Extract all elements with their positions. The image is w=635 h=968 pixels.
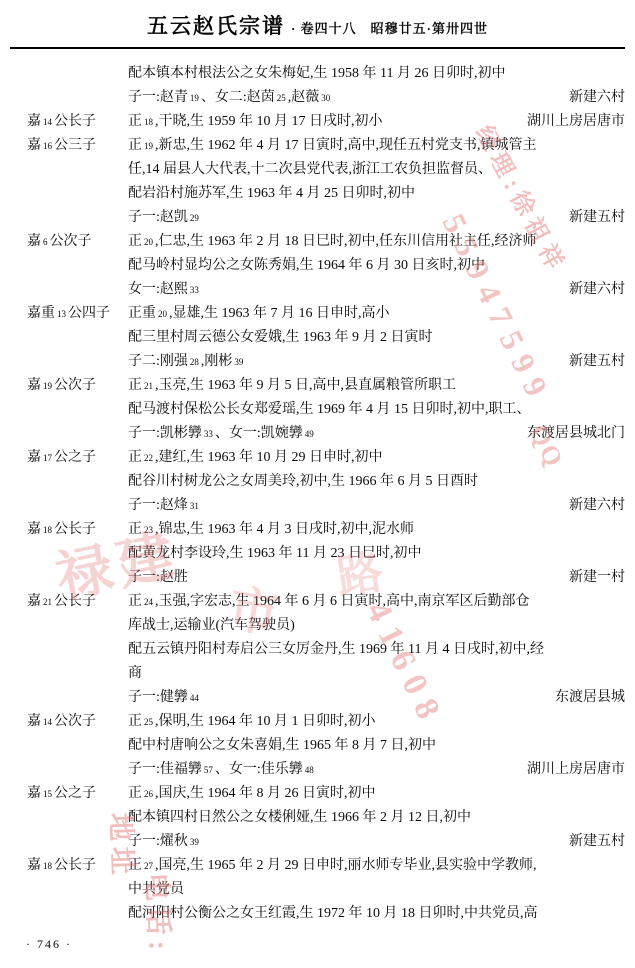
genealogy-entry: 嘉15公之子正26,国庆,生 1964 年 8 月 26 日寅时,初中配本镇四村… [0,782,635,854]
text-segment: 、女一:凯婉㝈 [215,426,303,441]
text-segment: 配黄龙村李设玲,生 1963 年 11 月 23 日巳时,初中 [128,546,421,561]
residence-label: 东渡居县城北门 [527,422,625,446]
entry-text: 女一:赵熙33 [128,278,201,302]
text-segment: ,干晓,生 1959 年 10 月 17 日戌时,初小 [155,114,383,129]
entry-line: 正24,玉强,字宏志,生 1964 年 6 月 6 日寅时,高中,南京军区后勤部… [128,590,625,614]
genealogy-entry: 嘉14公长子正18,干晓,生 1959 年 10 月 17 日戌时,初小湖川上房… [0,110,635,134]
entry-line: 配马渡村保松公长女郑爱瑶,生 1969 年 4 月 15 日卯时,初中,职工、 [128,398,625,422]
ref-number: 22 [144,453,153,463]
text-segment: ,国庆,生 1964 年 8 月 26 日寅时,初中 [155,786,376,801]
entry-label: 嘉18公长子 [0,854,128,926]
entry-lines: 正25,保明,生 1964 年 10 月 1 日卯时,初小配中村唐响公之女朱喜娟… [128,710,635,782]
entry-text: 正重20,显雄,生 1963 年 7 月 16 日申时,高小 [128,302,390,326]
ref-number: 25 [144,717,153,727]
entry-line: 正20,仁忠,生 1963 年 2 月 18 日巳时,初中,任东川信用社主任,经… [128,230,625,254]
entry-line: 正22,建红,生 1963 年 10 月 29 日申时,初中 [128,446,625,470]
entry-text: 配本镇本村根法公之女朱梅妃,生 1958 年 11 月 26 日卯时,初中 [128,62,505,86]
ref-number: 14 [43,717,52,727]
text-segment: 正 [128,858,142,873]
text-segment: 库战士,运输业(汽车驾驶员) [128,618,295,633]
ref-number: 28 [190,357,199,367]
text-segment: 嘉重 [27,306,55,321]
entry-text: 正26,国庆,生 1964 年 8 月 26 日寅时,初中 [128,782,376,806]
entry-line: 子一:健㝈44东渡居县城 [128,686,625,710]
entry-line: 配本镇本村根法公之女朱梅妃,生 1958 年 11 月 26 日卯时,初中 [128,62,625,86]
entry-lines: 正22,建红,生 1963 年 10 月 29 日申时,初中配谷川村树龙公之女周… [128,446,635,518]
text-segment: 嘉 [27,714,41,729]
residence-label: 新建五村 [569,206,625,230]
genealogy-entry: 嘉18公长子正27,国亮,生 1965 年 2 月 29 日申时,丽水师专毕业,… [0,854,635,926]
entry-line: 正25,保明,生 1964 年 10 月 1 日卯时,初小 [128,710,625,734]
entry-line: 子二:刚强28,刚彬39新建五村 [128,350,625,374]
ref-number: 17 [43,453,52,463]
text-segment: 公次子 [54,714,96,729]
entry-label: 嘉14公长子 [0,110,128,134]
genealogy-entry: 嘉16公三子正19,新忠,生 1962 年 4 月 17 日寅时,高中,现任五村… [0,134,635,230]
entry-line: 商 [128,662,625,686]
entry-text: 任,14 届县人大代表,十二次县党代表,浙江工农负担监督员、 [128,158,492,182]
entry-text: 库战士,运输业(汽车驾驶员) [128,614,295,638]
entry-line: 库战士,运输业(汽车驾驶员) [128,614,625,638]
entry-lines: 正18,干晓,生 1959 年 10 月 17 日戌时,初小湖川上房居唐市 [128,110,635,134]
entry-line: 正19,新忠,生 1962 年 4 月 17 日寅时,高中,现任五村党支书,镇城… [128,134,625,158]
text-segment: ,赵薇 [288,90,320,105]
entry-text: 配中村唐响公之女朱喜娟,生 1965 年 8 月 7 日,初中 [128,734,436,758]
entry-text: 配马渡村保松公长女郑爱瑶,生 1969 年 4 月 15 日卯时,初中,职工、 [128,398,531,422]
text-segment: ,刚彬 [201,354,233,369]
ref-number: 57 [204,765,213,775]
entry-text: 配黄龙村李设玲,生 1963 年 11 月 23 日巳时,初中 [128,542,421,566]
text-segment: 配本镇本村根法公之女朱梅妃,生 1958 年 11 月 26 日卯时,初中 [128,66,505,81]
entry-text: 正21,玉亮,生 1963 年 9 月 5 日,高中,县直属粮管所职工 [128,374,456,398]
ref-number: 24 [144,597,153,607]
residence-label: 湖川上房居唐市 [527,110,625,134]
entry-text: 配五云镇丹阳村寿启公三女厉金丹,生 1969 年 11 月 4 日戌时,初中,经 [128,638,544,662]
entry-text: 正19,新忠,生 1962 年 4 月 17 日寅时,高中,现任五村党支书,镇城… [128,134,537,158]
entry-lines: 正26,国庆,生 1964 年 8 月 26 日寅时,初中配本镇四村日然公之女楼… [128,782,635,854]
text-segment: 、女一:佳乐㝈 [215,762,303,777]
text-segment: 女一:赵熙 [128,282,188,297]
residence-label: 新建六村 [569,278,625,302]
ref-number: 31 [190,501,199,511]
text-segment: 正重 [128,306,156,321]
text-segment: 公之子 [54,786,96,801]
entry-line: 配谷川村树龙公之女周美玲,初中,生 1966 年 6 月 5 日酉时 [128,470,625,494]
text-segment: 嘉 [27,378,41,393]
entry-text: 子一:赵凯29 [128,206,201,230]
text-segment: 正 [128,714,142,729]
text-segment: 嘉 [27,234,41,249]
entry-text: 中共党员 [128,878,184,902]
entry-label: 嘉14公次子 [0,710,128,782]
text-segment: 嘉 [27,594,41,609]
genealogy-entry: 嘉18公长子正23,锦忠,生 1963 年 4 月 3 日戌时,初中,泥水师配黄… [0,518,635,590]
entry-text: 配谷川村树龙公之女周美玲,初中,生 1966 年 6 月 5 日酉时 [128,470,478,494]
entry-line: 配三里村周云德公女爱娥,生 1963 年 9 月 2 日寅时 [128,326,625,350]
entry-line: 配河阳村公衡公之女王红霞,生 1972 年 10 月 18 日卯时,中共党员,高 [128,902,625,926]
text-segment: ,建红,生 1963 年 10 月 29 日申时,初中 [155,450,383,465]
entry-line: 配五云镇丹阳村寿启公三女厉金丹,生 1969 年 11 月 4 日戌时,初中,经 [128,638,625,662]
entry-lines: 正21,玉亮,生 1963 年 9 月 5 日,高中,县直属粮管所职工配马渡村保… [128,374,635,446]
text-segment: 子一:赵烽 [128,498,188,513]
entry-label: 嘉15公之子 [0,782,128,854]
text-segment: 正 [128,234,142,249]
text-segment: ,新忠,生 1962 年 4 月 17 日寅时,高中,现任五村党支书,镇城管主 [155,138,537,153]
ref-number: 19 [144,141,153,151]
text-segment: 配本镇四村日然公之女楼俐娅,生 1966 年 2 月 12 日,初中 [128,810,471,825]
text-segment: ,显雄,生 1963 年 7 月 16 日申时,高小 [169,306,390,321]
residence-label: 新建五村 [569,350,625,374]
text-segment: 嘉 [27,858,41,873]
entry-lines: 正重20,显雄,生 1963 年 7 月 16 日申时,高小配三里村周云德公女爱… [128,302,635,374]
entry-line: 子一:赵凯29新建五村 [128,206,625,230]
entry-label [0,62,128,110]
ref-number: 19 [43,381,52,391]
text-segment: 嘉 [27,786,41,801]
ref-number: 26 [144,789,153,799]
entry-text: 正20,仁忠,生 1963 年 2 月 18 日巳时,初中,任东川信用社主任,经… [128,230,537,254]
text-segment: 公长子 [54,594,96,609]
entry-line: 子一:凯彬㝈33、女一:凯婉㝈49东渡居县城北门 [128,422,625,446]
genealogy-entry: 嘉14公次子正25,保明,生 1964 年 10 月 1 日卯时,初小配中村唐响… [0,710,635,782]
ref-number: 49 [305,429,314,439]
entry-text: 子一:燿秋39 [128,830,201,854]
text-segment: 正 [128,522,142,537]
text-segment: 任,14 届县人大代表,十二次县党代表,浙江工农负担监督员、 [128,162,492,177]
text-segment: 正 [128,786,142,801]
entry-line: 配岩沿村施苏军,生 1963 年 4 月 25 日卯时,初中 [128,182,625,206]
header-divider [10,47,625,49]
ref-number: 39 [234,357,243,367]
genealogy-entry: 嘉17公之子正22,建红,生 1963 年 10 月 29 日申时,初中配谷川村… [0,446,635,518]
entry-lines: 正23,锦忠,生 1963 年 4 月 3 日戌时,初中,泥水师配黄龙村李设玲,… [128,518,635,590]
text-segment: 配谷川村树龙公之女周美玲,初中,生 1966 年 6 月 5 日酉时 [128,474,478,489]
residence-label: 新建五村 [569,830,625,854]
text-segment: 配岩沿村施苏军,生 1963 年 4 月 25 日卯时,初中 [128,186,415,201]
entry-line: 正21,玉亮,生 1963 年 9 月 5 日,高中,县直属粮管所职工 [128,374,625,398]
text-segment: 正 [128,114,142,129]
entry-text: 子一:赵烽31 [128,494,201,518]
entry-line: 子一:燿秋39新建五村 [128,830,625,854]
ref-number: 13 [57,309,66,319]
text-segment: 正 [128,450,142,465]
text-segment: 嘉 [27,522,41,537]
ref-number: 15 [43,789,52,799]
entry-line: 任,14 届县人大代表,十二次县党代表,浙江工农负担监督员、 [128,158,625,182]
ref-number: 18 [43,861,52,871]
genealogy-entry: 配本镇本村根法公之女朱梅妃,生 1958 年 11 月 26 日卯时,初中子一:… [0,62,635,110]
text-segment: 子一:凯彬㝈 [128,426,202,441]
text-segment: 正 [128,378,142,393]
ref-number: 29 [190,213,199,223]
entry-line: 配本镇四村日然公之女楼俐娅,生 1966 年 2 月 12 日,初中 [128,806,625,830]
entry-text: 子一:佳福㝈57、女一:佳乐㝈48 [128,758,316,782]
ref-number: 14 [43,117,52,127]
text-segment: 公长子 [54,114,96,129]
text-segment: 商 [128,666,142,681]
entry-label: 嘉21公长子 [0,590,128,710]
genealogy-entry: 嘉19公次子正21,玉亮,生 1963 年 9 月 5 日,高中,县直属粮管所职… [0,374,635,446]
text-segment: 配三里村周云德公女爱娥,生 1963 年 9 月 2 日寅时 [128,330,433,345]
text-segment: 公之子 [54,450,96,465]
entry-label: 嘉6公次子 [0,230,128,302]
entry-text: 正24,玉强,字宏志,生 1964 年 6 月 6 日寅时,高中,南京军区后勤部… [128,590,530,614]
entry-line: 子一:赵青19、女二:赵茵25,赵薇30新建六村 [128,86,625,110]
text-segment: 正 [128,138,142,153]
entry-label: 嘉重13公四子 [0,302,128,374]
text-segment: 子一:赵青 [128,90,188,105]
text-segment: 配马岭村显均公之女陈秀娟,生 1964 年 6 月 30 日亥时,初中 [128,258,485,273]
entry-label: 嘉16公三子 [0,134,128,230]
ref-number: 18 [144,117,153,127]
entry-text: 正22,建红,生 1963 年 10 月 29 日申时,初中 [128,446,383,470]
text-segment: 公长子 [54,858,96,873]
entry-line: 配中村唐响公之女朱喜娟,生 1965 年 8 月 7 日,初中 [128,734,625,758]
entry-label: 嘉17公之子 [0,446,128,518]
entry-lines: 正20,仁忠,生 1963 年 2 月 18 日巳时,初中,任东川信用社主任,经… [128,230,635,302]
entry-text: 配岩沿村施苏军,生 1963 年 4 月 25 日卯时,初中 [128,182,415,206]
text-segment: ,仁忠,生 1963 年 2 月 18 日巳时,初中,任东川信用社主任,经济师 [155,234,537,249]
ref-number: 33 [190,285,199,295]
ref-number: 19 [190,93,199,103]
entries-list: 配本镇本村根法公之女朱梅妃,生 1958 年 11 月 26 日卯时,初中子一:… [0,62,635,926]
text-segment: 、女二:赵茵 [201,90,275,105]
entry-line: 子一:赵胜新建一村 [128,566,625,590]
ref-number: 18 [43,525,52,535]
entry-line: 配黄龙村李设玲,生 1963 年 11 月 23 日巳时,初中 [128,542,625,566]
text-segment: 子一:赵凯 [128,210,188,225]
entry-label: 嘉19公次子 [0,374,128,446]
text-segment: ,玉亮,生 1963 年 9 月 5 日,高中,县直属粮管所职工 [155,378,456,393]
text-segment: 公长子 [54,522,96,537]
entry-text: 配河阳村公衡公之女王红霞,生 1972 年 10 月 18 日卯时,中共党员,高 [128,902,538,926]
text-segment: 正 [128,594,142,609]
entry-line: 子一:赵烽31新建六村 [128,494,625,518]
entry-line: 正27,国亮,生 1965 年 2 月 29 日申时,丽水师专毕业,县实验中学教… [128,854,625,878]
text-segment: ,保明,生 1964 年 10 月 1 日卯时,初小 [155,714,376,729]
page-header: 五云赵氏宗谱· 卷四十八 昭穆廿五·第卅四世 [0,0,635,40]
ref-number: 21 [43,597,52,607]
residence-label: 新建六村 [569,86,625,110]
entry-text: 子二:刚强28,刚彬39 [128,350,245,374]
ref-number: 39 [190,837,199,847]
residence-label: 东渡居县城 [555,686,625,710]
text-segment: ,玉强,字宏志,生 1964 年 6 月 6 日寅时,高中,南京军区后勤部仓 [155,594,530,609]
entry-text: 子一:赵胜 [128,566,188,590]
entry-lines: 正19,新忠,生 1962 年 4 月 17 日寅时,高中,现任五村党支书,镇城… [128,134,635,230]
text-segment: 子一:佳福㝈 [128,762,202,777]
entry-line: 正23,锦忠,生 1963 年 4 月 3 日戌时,初中,泥水师 [128,518,625,542]
ref-number: 23 [144,525,153,535]
entry-text: 正23,锦忠,生 1963 年 4 月 3 日戌时,初中,泥水师 [128,518,414,542]
residence-label: 湖川上房居唐市 [527,758,625,782]
ref-number: 48 [305,765,314,775]
genealogy-page: 经理:徐祖祥55947599QQ禄建市路41608地址电话: 五云赵氏宗谱· 卷… [0,0,635,968]
text-segment: ,国亮,生 1965 年 2 月 29 日申时,丽水师专毕业,县实验中学教师, [155,858,537,873]
entry-line: 女一:赵熙33新建六村 [128,278,625,302]
text-segment: 嘉 [27,138,41,153]
text-segment: 公次子 [54,378,96,393]
text-segment: 子二:刚强 [128,354,188,369]
residence-label: 新建六村 [569,494,625,518]
entry-text: 配本镇四村日然公之女楼俐娅,生 1966 年 2 月 12 日,初中 [128,806,471,830]
entry-text: 子一:赵青19、女二:赵茵25,赵薇30 [128,86,332,110]
entry-line: 中共党员 [128,878,625,902]
ref-number: 30 [321,93,330,103]
ref-number: 20 [144,237,153,247]
text-segment: 中共党员 [128,882,184,897]
genealogy-entry: 嘉21公长子正24,玉强,字宏志,生 1964 年 6 月 6 日寅时,高中,南… [0,590,635,710]
text-segment: 子一:燿秋 [128,834,188,849]
entry-line: 配马岭村显均公之女陈秀娟,生 1964 年 6 月 30 日亥时,初中 [128,254,625,278]
entry-line: 子一:佳福㝈57、女一:佳乐㝈48湖川上房居唐市 [128,758,625,782]
genealogy-entry: 嘉重13公四子正重20,显雄,生 1963 年 7 月 16 日申时,高小配三里… [0,302,635,374]
text-segment: 配五云镇丹阳村寿启公三女厉金丹,生 1969 年 11 月 4 日戌时,初中,经 [128,642,544,657]
text-segment: 子一:赵胜 [128,570,188,585]
genealogy-entry: 嘉6公次子正20,仁忠,生 1963 年 2 月 18 日巳时,初中,任东川信用… [0,230,635,302]
text-segment: 嘉 [27,450,41,465]
entry-lines: 正27,国亮,生 1965 年 2 月 29 日申时,丽水师专毕业,县实验中学教… [128,854,635,926]
entry-line: 正18,干晓,生 1959 年 10 月 17 日戌时,初小湖川上房居唐市 [128,110,625,134]
residence-label: 新建一村 [569,566,625,590]
text-segment: 公四子 [68,306,110,321]
entry-text: 正18,干晓,生 1959 年 10 月 17 日戌时,初小 [128,110,383,134]
page-number: · 746 · [26,937,72,952]
ref-number: 33 [204,429,213,439]
ref-number: 44 [190,693,199,703]
text-segment: 公次子 [50,234,92,249]
entry-line: 正重20,显雄,生 1963 年 7 月 16 日申时,高小 [128,302,625,326]
text-segment: 配中村唐响公之女朱喜娟,生 1965 年 8 月 7 日,初中 [128,738,436,753]
entry-text: 正27,国亮,生 1965 年 2 月 29 日申时,丽水师专毕业,县实验中学教… [128,854,537,878]
entry-lines: 正24,玉强,字宏志,生 1964 年 6 月 6 日寅时,高中,南京军区后勤部… [128,590,635,710]
ref-number: 20 [158,309,167,319]
ref-number: 21 [144,381,153,391]
entry-text: 配马岭村显均公之女陈秀娟,生 1964 年 6 月 30 日亥时,初中 [128,254,485,278]
entry-text: 商 [128,662,142,686]
text-segment: 子一:健㝈 [128,690,188,705]
entry-text: 配三里村周云德公女爱娥,生 1963 年 9 月 2 日寅时 [128,326,433,350]
ref-number: 6 [43,237,48,247]
entry-label: 嘉18公长子 [0,518,128,590]
entry-text: 正25,保明,生 1964 年 10 月 1 日卯时,初小 [128,710,376,734]
entry-line: 正26,国庆,生 1964 年 8 月 26 日寅时,初中 [128,782,625,806]
ref-number: 16 [43,141,52,151]
page-subtitle: · 卷四十八 昭穆廿五·第卅四世 [291,21,488,36]
entry-text: 子一:健㝈44 [128,686,201,710]
ref-number: 27 [144,861,153,871]
page-title: 五云赵氏宗谱 [147,14,285,38]
entry-text: 子一:凯彬㝈33、女一:凯婉㝈49 [128,422,316,446]
text-segment: ,锦忠,生 1963 年 4 月 3 日戌时,初中,泥水师 [155,522,414,537]
text-segment: 嘉 [27,114,41,129]
text-segment: 公三子 [54,138,96,153]
text-segment: 配马渡村保松公长女郑爱瑶,生 1969 年 4 月 15 日卯时,初中,职工、 [128,402,531,417]
entry-lines: 配本镇本村根法公之女朱梅妃,生 1958 年 11 月 26 日卯时,初中子一:… [128,62,635,110]
ref-number: 25 [277,93,286,103]
text-segment: 配河阳村公衡公之女王红霞,生 1972 年 10 月 18 日卯时,中共党员,高 [128,906,538,921]
